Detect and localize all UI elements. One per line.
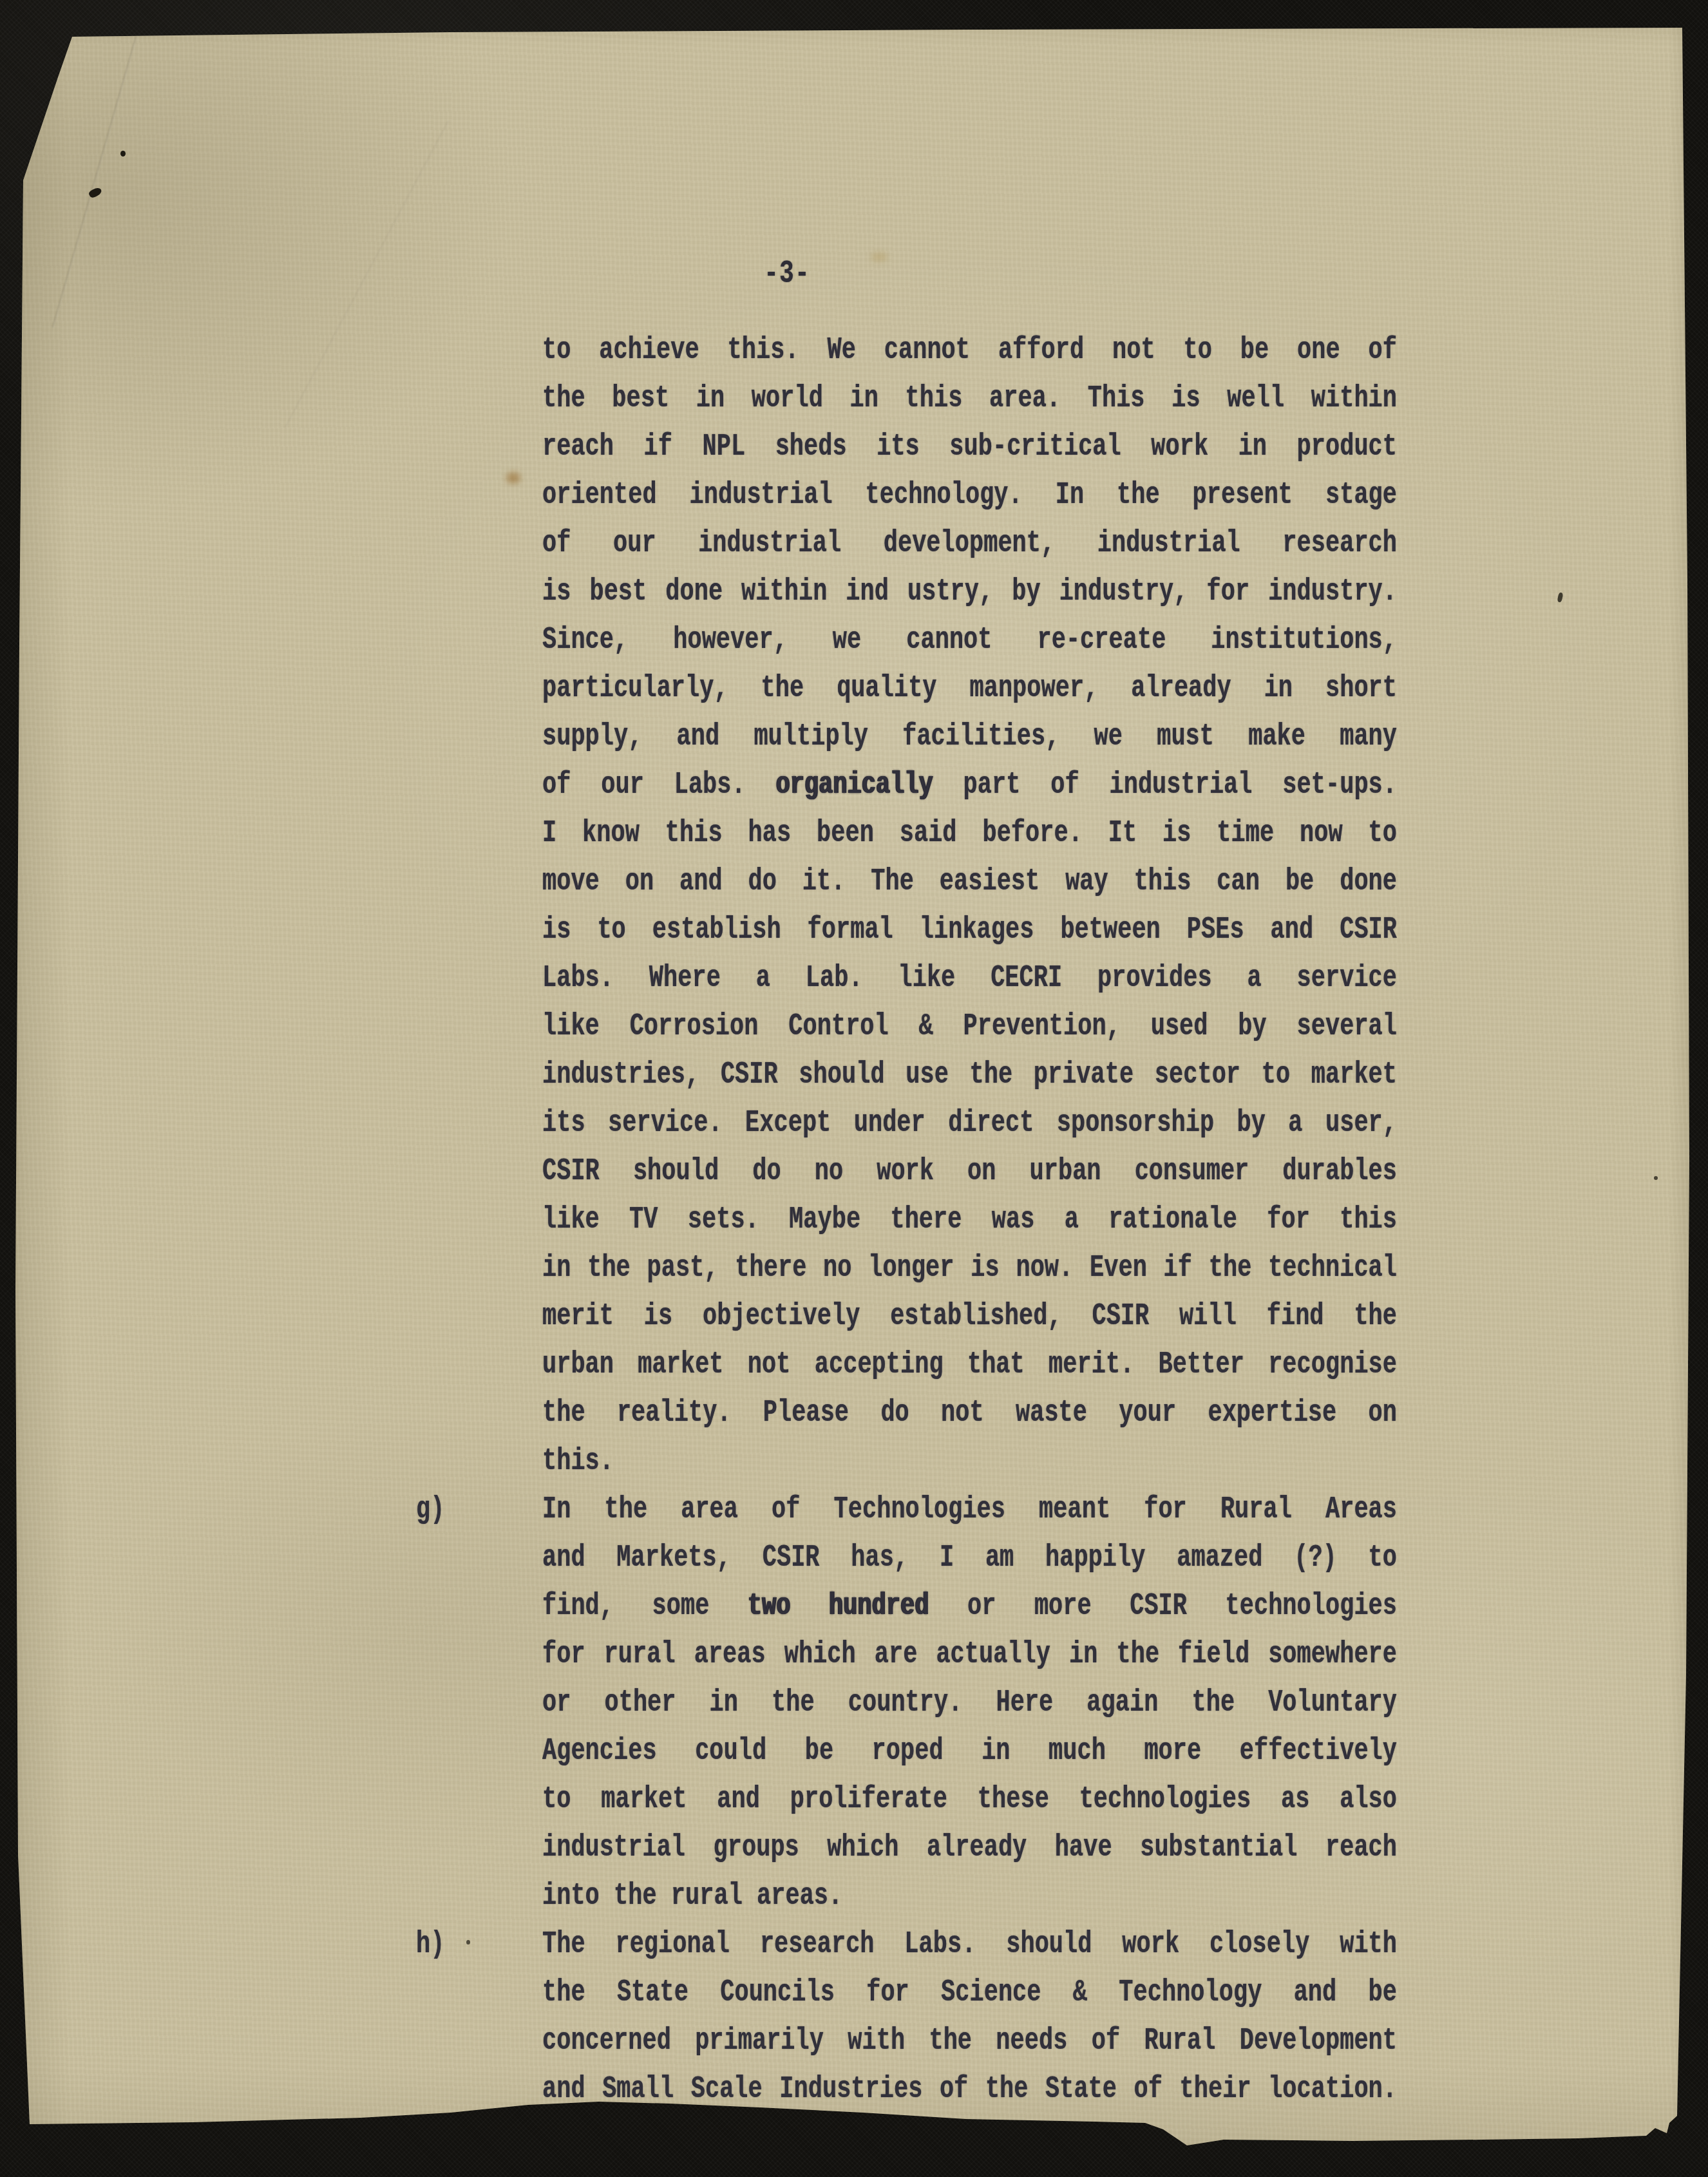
fold-crease [52,37,137,328]
paper-sheet: -3- to achieve this. We cannot afford no… [0,0,1708,2177]
paragraph-label: g) [416,1479,444,1543]
paragraph-body: to achieve this. We cannot afford not to… [542,328,1397,1488]
paper-stain [871,252,887,261]
fold-crease [285,120,450,428]
text-line: and Small Scale Industries of the State … [542,2058,1397,2122]
text-column: to achieve this. We cannot afford not to… [542,328,1397,2116]
paper-speck [120,151,126,157]
paper-stain [506,472,520,484]
paragraph-item-h: h)The regional research Labs. should wor… [542,1923,1397,2116]
paper-speck [1654,1176,1658,1180]
paper-speck [466,1940,470,1944]
paper-speck [88,186,102,199]
page-number: -3- [729,256,845,292]
paragraph-label: h) [416,1914,444,1977]
scanned-page-photo: -3- to achieve this. We cannot afford no… [0,0,1708,2177]
paragraph-item-g: g)In the area of Technologies meant for … [542,1488,1397,1923]
paper-speck [1557,592,1564,602]
